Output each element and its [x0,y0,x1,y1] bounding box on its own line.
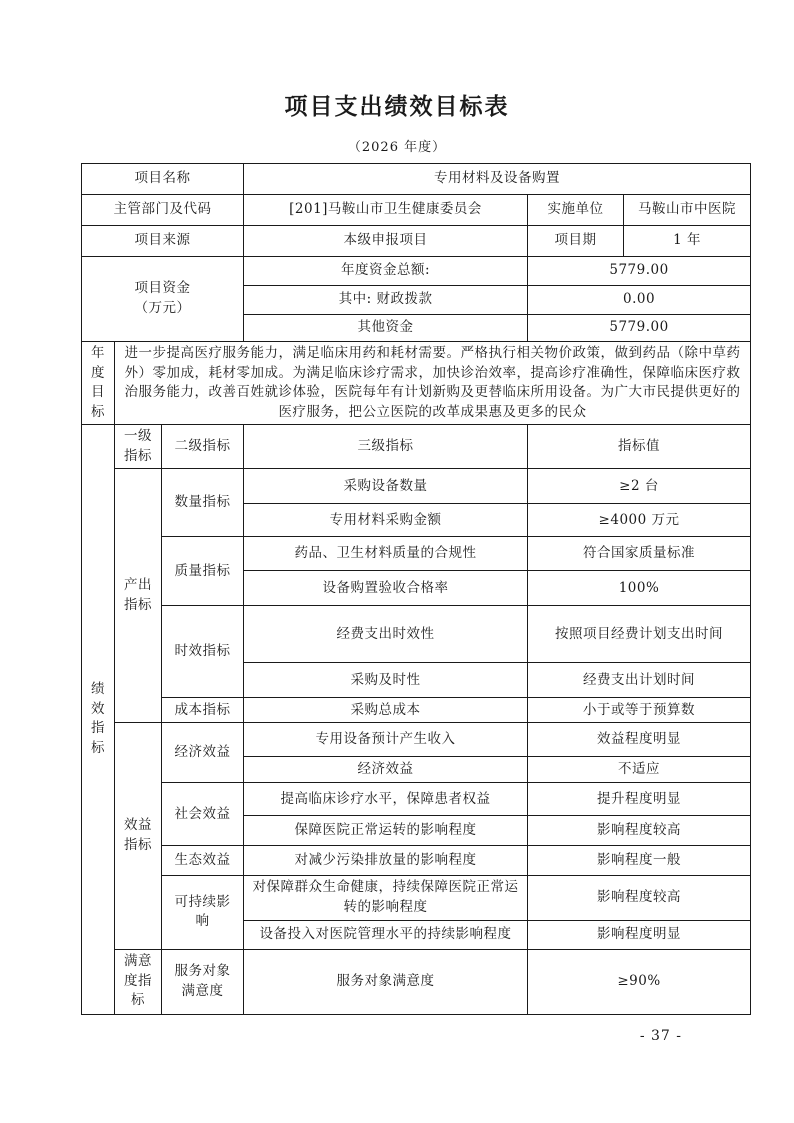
sub-sustain: 可持续影 响 [162,876,244,949]
table-row: 主管部门及代码 [201]马鞍山市卫生健康委员会 实施单位 马鞍山市中医院 [82,195,751,226]
indicator-value: 100% [528,571,751,606]
annual-goal-text: 进一步提高医疗服务能力，满足临床用药和耗材需要。严格执行相关物价政策，做到药品（… [115,342,751,425]
indicator-l3: 经济效益 [244,757,528,783]
sub-target-satisfaction: 服务对象 满意度 [162,949,244,1014]
sub-social: 社会效益 [162,783,244,846]
impl-unit-label: 实施单位 [528,195,624,226]
indicator-value: ≥2 台 [528,469,751,504]
indicator-value: 影响程度较高 [528,816,751,846]
table-row: 成本指标 采购总成本 小于或等于预算数 [82,698,751,723]
source-value: 本级申报项目 [244,226,528,257]
header-value: 指标值 [528,425,751,469]
period-label: 项目期 [528,226,624,257]
dept-value: [201]马鞍山市卫生健康委员会 [244,195,528,226]
page-number: - 37 - [640,1028,682,1044]
source-label: 项目来源 [82,226,244,257]
indicator-value: ≥90% [528,949,751,1014]
project-name-label: 项目名称 [82,164,244,195]
sub-economic: 经济效益 [162,723,244,783]
funds-other-value: 5779.00 [528,315,751,342]
indicator-value: 影响程度一般 [528,846,751,876]
sub-quantity: 数量指标 [162,469,244,537]
indicator-value: 效益程度明显 [528,723,751,757]
sub-quality: 质量指标 [162,537,244,606]
indicator-value: 不适应 [528,757,751,783]
table-row: 质量指标 药品、卫生材料质量的合规性 符合国家质量标准 [82,537,751,571]
indicator-value: 提升程度明显 [528,783,751,816]
indicator-value: 影响程度明显 [528,920,751,949]
indicator-value: 小于或等于预算数 [528,698,751,723]
indicator-value: 经费支出计划时间 [528,663,751,698]
group-output: 产出 指标 [115,469,162,723]
table-row: 可持续影 响 对保障群众生命健康，持续保障医院正常运转的影响程度 影响程度较高 [82,876,751,920]
indicator-l3: 对减少污染排放量的影响程度 [244,846,528,876]
table-row: 满意 度指 标 服务对象 满意度 服务对象满意度 ≥90% [82,949,751,1014]
indicator-value: ≥4000 万元 [528,504,751,537]
table-row: 项目资金 （万元） 年度资金总额: 5779.00 [82,257,751,286]
page-title: 项目支出绩效目标表 [0,88,794,121]
funds-label: 项目资金 （万元） [82,257,244,342]
funds-fiscal-value: 0.00 [528,286,751,315]
indicator-value: 符合国家质量标准 [528,537,751,571]
funds-other-label: 其他资金 [244,315,528,342]
table-row: 年 度 目 标 进一步提高医疗服务能力，满足临床用药和耗材需要。严格执行相关物价… [82,342,751,425]
indicator-l3: 专用材料采购金额 [244,504,528,537]
indicator-l3: 采购及时性 [244,663,528,698]
table-row: 时效指标 经费支出时效性 按照项目经费计划支出时间 [82,606,751,663]
table-row: 效益 指标 经济效益 专用设备预计产生收入 效益程度明显 [82,723,751,757]
document-page: 项目支出绩效目标表 （2026 年度） 项目名称 专用材料及设备购置 主管部门及… [0,0,794,1123]
table-row: 项目名称 专用材料及设备购置 [82,164,751,195]
funds-total-value: 5779.00 [528,257,751,286]
indicator-l3: 提高临床诊疗水平，保障患者权益 [244,783,528,816]
indicator-l3: 服务对象满意度 [244,949,528,1014]
indicator-l3: 设备购置验收合格率 [244,571,528,606]
table-row: 社会效益 提高临床诊疗水平，保障患者权益 提升程度明显 [82,783,751,816]
annual-goal-label: 年 度 目 标 [82,342,115,425]
header-level1: 一级 指标 [115,425,162,469]
indicator-l3: 对保障群众生命健康，持续保障医院正常运转的影响程度 [244,876,528,920]
sub-ecological: 生态效益 [162,846,244,876]
indicator-value: 影响程度较高 [528,876,751,920]
performance-target-table: 项目名称 专用材料及设备购置 主管部门及代码 [201]马鞍山市卫生健康委员会 … [81,163,751,1015]
indicator-l3: 经费支出时效性 [244,606,528,663]
sub-timeliness: 时效指标 [162,606,244,698]
indicator-l3: 采购总成本 [244,698,528,723]
header-level2: 二级指标 [162,425,244,469]
indicator-l3: 采购设备数量 [244,469,528,504]
table-row: 产出 指标 数量指标 采购设备数量 ≥2 台 [82,469,751,504]
page-subtitle: （2026 年度） [0,136,794,155]
funds-fiscal-label: 其中: 财政拨款 [244,286,528,315]
dept-label: 主管部门及代码 [82,195,244,226]
header-level3: 三级指标 [244,425,528,469]
perf-left-label: 绩 效 指 标 [82,425,115,1014]
impl-unit-value: 马鞍山市中医院 [624,195,751,226]
indicator-l3: 设备投入对医院管理水平的持续影响程度 [244,920,528,949]
sub-cost: 成本指标 [162,698,244,723]
indicator-value: 按照项目经费计划支出时间 [528,606,751,663]
indicator-l3: 专用设备预计产生收入 [244,723,528,757]
group-satisfaction: 满意 度指 标 [115,949,162,1014]
period-value: 1 年 [624,226,751,257]
table-row: 生态效益 对减少污染排放量的影响程度 影响程度一般 [82,846,751,876]
indicator-l3: 保障医院正常运转的影响程度 [244,816,528,846]
funds-total-label: 年度资金总额: [244,257,528,286]
table-row: 项目来源 本级申报项目 项目期 1 年 [82,226,751,257]
group-benefit: 效益 指标 [115,723,162,949]
table-row: 绩 效 指 标 一级 指标 二级指标 三级指标 指标值 [82,425,751,469]
indicator-l3: 药品、卫生材料质量的合规性 [244,537,528,571]
project-name-value: 专用材料及设备购置 [244,164,751,195]
